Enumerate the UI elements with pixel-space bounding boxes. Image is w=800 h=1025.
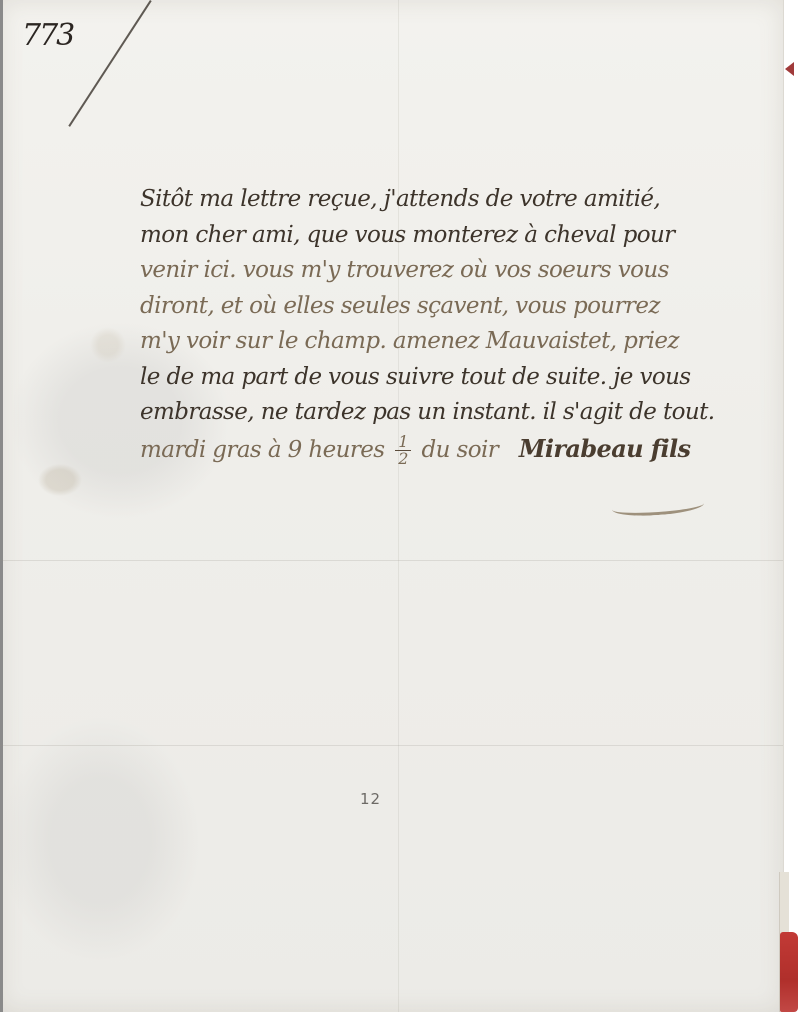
letter-line: Sitôt ma lettre reçue, j'attends de votr… — [140, 182, 780, 218]
horizontal-fold-line — [0, 560, 783, 561]
page-number: 12 — [360, 790, 381, 808]
signature: Mirabeau fils — [519, 434, 691, 463]
closing-time-suffix: du soir — [422, 437, 499, 463]
archive-number: 773 — [22, 18, 73, 53]
vertical-fold-line — [398, 0, 399, 1012]
wax-seal-fragment-bottom — [780, 932, 798, 1012]
letter-body: Sitôt ma lettre reçue, j'attends de votr… — [140, 182, 780, 468]
letter-line: mon cher ami, que vous monterez à cheval… — [140, 218, 780, 254]
letter-line: venir ici. vous m'y trouverez où vos soe… — [140, 253, 780, 289]
fraction-denominator: 2 — [395, 451, 411, 467]
letter-closing: mardi gras à 9 heures 1 2 du soir Mirabe… — [140, 431, 780, 469]
wax-seal-fragment-top — [785, 62, 794, 76]
horizontal-fold-line — [0, 745, 783, 746]
letter-line: le de ma part de vous suivre tout de sui… — [140, 360, 780, 396]
time-fraction: 1 2 — [395, 434, 411, 467]
closing-date: mardi gras à 9 heures — [140, 437, 384, 463]
letter-line: diront, et où elles seules sçavent, vous… — [140, 289, 780, 325]
scan-bottom-margin — [0, 1012, 800, 1025]
letter-line: m'y voir sur le champ. amenez Mauvaistet… — [140, 324, 780, 360]
scan-left-edge — [0, 0, 3, 1012]
letter-line: embrasse, ne tardez pas un instant. il s… — [140, 395, 780, 431]
